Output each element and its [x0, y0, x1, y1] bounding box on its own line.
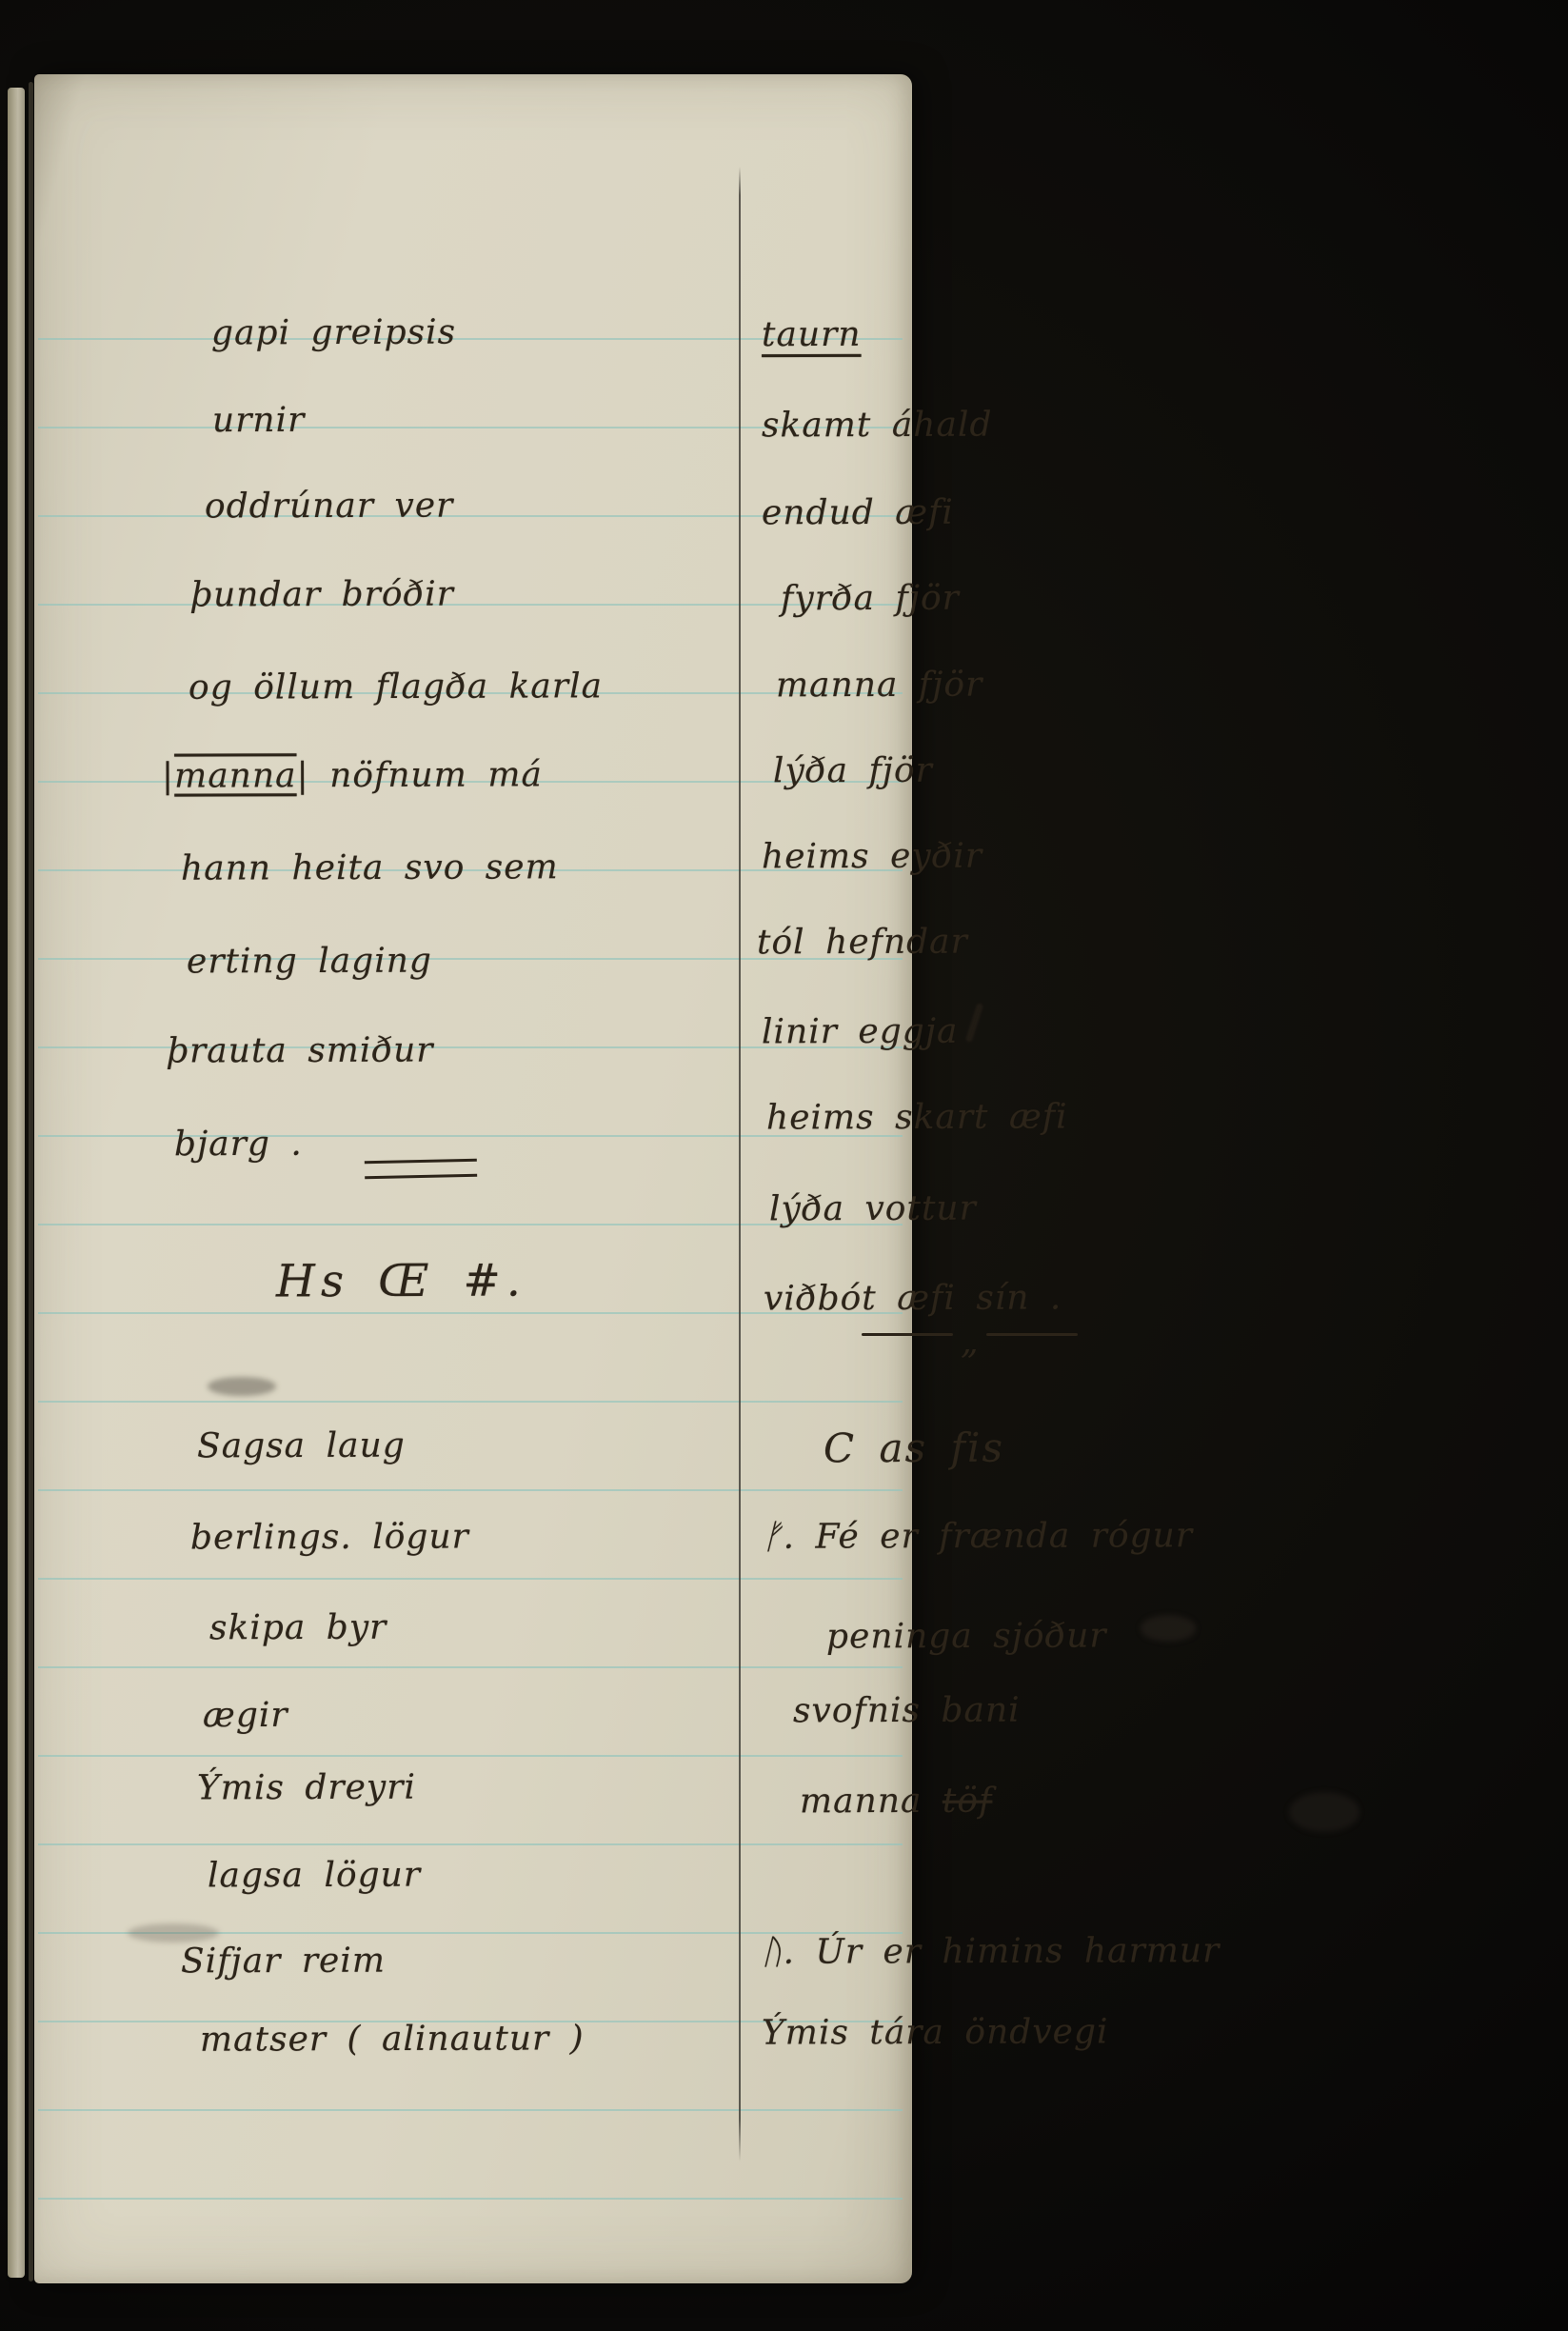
stray-ink-stroke — [965, 1003, 984, 1043]
handwritten-line: taurn — [762, 314, 862, 356]
handwritten-line: Ýmis tára öndvegi — [762, 2011, 1109, 2053]
dash-stroke — [862, 1333, 953, 1336]
handwritten-line: manna töf — [800, 1781, 993, 1823]
subheader-line: C as fis — [824, 1424, 1004, 1473]
notebook-page: gapi greipsisurniroddrúnar verþundar bró… — [34, 74, 912, 2283]
handwritten-line: skamt áhald — [762, 405, 993, 447]
handwritten-line: fyrða fjör — [781, 578, 960, 620]
handwritten-line: manna fjör — [776, 665, 982, 707]
handwritten-line: lýða fjör — [773, 750, 933, 792]
scanned-manuscript: { "page": { "description": "Handwritten … — [0, 0, 1568, 2331]
handwritten-line: tól hefndar — [757, 922, 968, 964]
handwritten-line: lýða vottur — [769, 1188, 977, 1230]
handwritten-line: linir eggja — [762, 1011, 959, 1053]
marked-word: töf — [943, 1782, 993, 1821]
ink-smudge — [1141, 1615, 1196, 1642]
handwritten-line: peninga sjóður — [826, 1615, 1107, 1657]
handwritten-line: viðbót æfi sín . — [764, 1277, 1062, 1319]
handwritten-line: endud æfi — [762, 492, 954, 534]
handwritten-line: ᚠ. Fé er frænda rógur — [762, 1515, 1193, 1558]
word-segment: manna — [800, 1782, 943, 1822]
underlying-page-edge — [8, 88, 25, 2278]
handwritten-line: svofnis bani — [793, 1690, 1021, 1732]
page-gutter-shadow — [29, 82, 33, 2281]
handwritten-line: ᚢ. Úr er himins harmur — [762, 1930, 1220, 1973]
handwritten-line: heims eyðir — [762, 836, 982, 878]
dash-stroke — [986, 1333, 1078, 1336]
handwritten-line: heims skart æfi — [766, 1096, 1068, 1138]
right-column: taurnskamt áhaldendud æfifyrða fjörmanna… — [34, 74, 912, 2283]
ditto-separator: „ — [862, 1333, 1078, 1336]
ink-smudge — [1289, 1792, 1360, 1832]
